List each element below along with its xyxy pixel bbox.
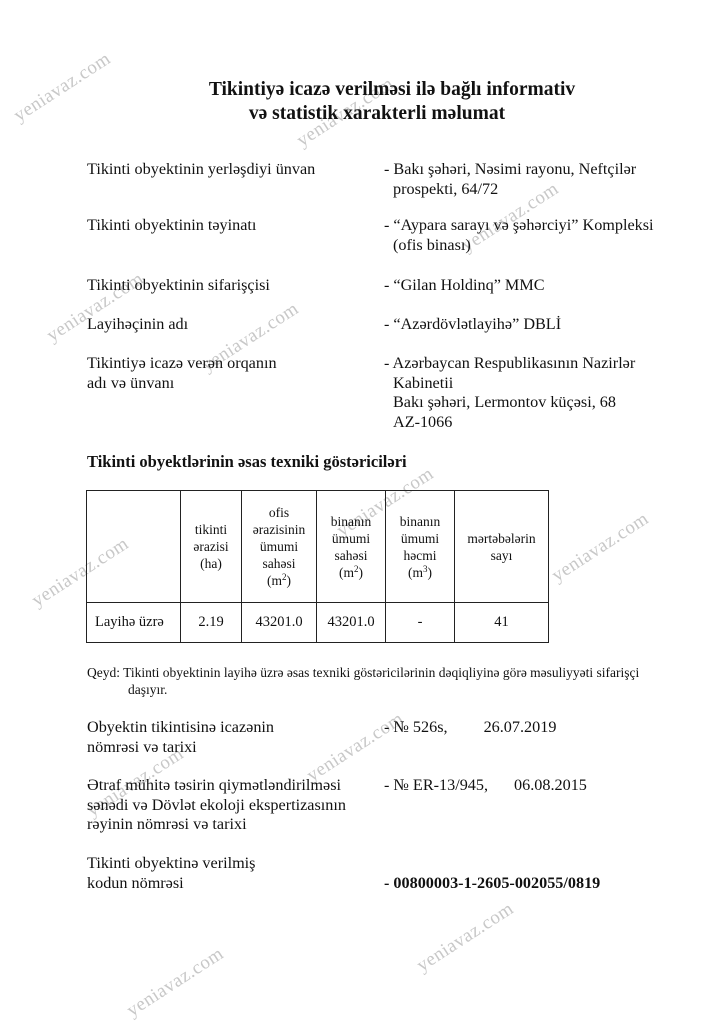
header-unit: (ha) [200, 556, 222, 571]
title-line-1: Tikintiyə icazə verilməsi ilə bağlı info… [0, 78, 724, 102]
note-prefix: Qeyd: [87, 665, 120, 680]
header-unit-sup: 3 [423, 564, 428, 574]
header-cell-building-volume: binanın ümumi həcmi (m3) [386, 491, 455, 603]
permit-date: 26.07.2019 [484, 718, 557, 736]
object-code-value: - 00800003-1-2605-002055/0819 [384, 874, 714, 894]
header-line: ofis [269, 505, 289, 520]
header-cell-floor-count: mərtəbələrin sayı [455, 491, 549, 603]
header-line: ümumi [260, 539, 298, 554]
info-label: Obyektin tikintisinə icazənin nömrəsi və… [87, 718, 367, 757]
label-line: Tikinti obyektinə verilmiş [87, 854, 255, 872]
info-value: - Bakı şəhəri, Nəsimi rayonu, Neftçilər … [384, 160, 714, 199]
watermark: yeniavaz.com [413, 898, 518, 977]
permit-number: - № 526s, [384, 718, 448, 736]
eco-date: 06.08.2015 [514, 776, 587, 794]
technical-indicators-table: tikinti ərazisi (ha) ofis ərazisinin ümu… [86, 490, 549, 643]
label-line: nömrəsi və tarixi [87, 738, 197, 756]
value-line: (ofis binası) [384, 236, 714, 256]
header-line: ümumi [332, 531, 370, 546]
info-value: - № 526s,26.07.2019 [384, 718, 714, 738]
value-line: - Azərbaycan Respublikasının Nazirlər [384, 354, 635, 372]
value-line: - “Azərdövlətlayihə” DBLİ [384, 315, 561, 333]
header-cell-building-area: binanın ümumi sahəsi (m2) [317, 491, 386, 603]
office-area-cell: 43201.0 [242, 603, 317, 643]
table-header-row: tikinti ərazisi (ha) ofis ərazisinin ümu… [87, 491, 549, 603]
info-label: Tikinti obyektinin sifarişçisi [87, 276, 367, 296]
title-line-2: və statistik xarakterli məlumat [0, 102, 724, 126]
watermark: yeniavaz.com [123, 943, 228, 1022]
row-label-cell: Layihə üzrə [87, 603, 181, 643]
info-label: Tikintiyə icazə verən orqanın adı və ünv… [87, 354, 367, 393]
header-line: sahəsi [335, 548, 368, 563]
info-label: Layihəçinin adı [87, 315, 367, 335]
building-volume-cell: - [386, 603, 455, 643]
label-line: adı və ünvanı [87, 374, 174, 392]
note: Qeyd: Tikinti obyektinin layihə üzrə əsa… [87, 664, 707, 698]
label-line: Tikinti obyektinin yerləşdiyi ünvan [87, 160, 315, 178]
value-line: AZ-1066 [384, 413, 714, 433]
building-area-cell: 43201.0 [317, 603, 386, 643]
info-value: - “Aypara sarayı və şəhərciyi” Kompleksi… [384, 216, 714, 255]
info-value: - Azərbaycan Respublikasının Nazirlər Ka… [384, 354, 714, 432]
label-line: Ətraf mühitə təsirin qiymətləndirilməsi [87, 776, 341, 794]
info-label: Tikinti obyektinin yerləşdiyi ünvan [87, 160, 367, 180]
label-line: rəyinin nömrəsi və tarixi [87, 815, 247, 833]
value-line: Bakı şəhəri, Lermontov küçəsi, 68 [384, 393, 714, 413]
value-line: - Bakı şəhəri, Nəsimi rayonu, Neftçilər [384, 160, 636, 178]
value-line: prospekti, 64/72 [384, 180, 714, 200]
header-unit: (m [408, 565, 423, 580]
header-line: sayı [491, 548, 513, 563]
header-unit-sup: 2 [282, 572, 287, 582]
label-line: Tikinti obyektinin sifarişçisi [87, 276, 270, 294]
label-line: kodun nömrəsi [87, 874, 184, 892]
header-line: tikinti [195, 522, 227, 537]
document-title: Tikintiyə icazə verilməsi ilə bağlı info… [0, 78, 724, 126]
header-cell-empty [87, 491, 181, 603]
table-row: Layihə üzrə 2.19 43201.0 43201.0 - 41 [87, 603, 549, 643]
floor-count-cell: 41 [455, 603, 549, 643]
header-line: binanın [331, 514, 372, 529]
note-text-continued: daşıyır. [87, 681, 707, 698]
header-line: ərazisi [193, 539, 228, 554]
header-line: ərazisinin [253, 522, 305, 537]
info-label: Tikinti obyektinin təyinatı [87, 216, 367, 236]
info-label: Tikinti obyektinə verilmiş kodun nömrəsi [87, 854, 367, 893]
header-line: həcmi [404, 548, 437, 563]
label-line: sənədi və Dövlət ekoloji ekspertizasının [87, 796, 346, 814]
header-cell-office-area: ofis ərazisinin ümumi sahəsi (m2) [242, 491, 317, 603]
info-label: Ətraf mühitə təsirin qiymətləndirilməsi … [87, 776, 387, 835]
info-value: - № ER-13/945,06.08.2015 [384, 776, 714, 796]
value-line: - “Aypara sarayı və şəhərciyi” Kompleksi [384, 216, 654, 234]
header-unit: (m [267, 573, 282, 588]
info-value: - “Gilan Holdinq” MMC [384, 276, 714, 296]
header-line: mərtəbələrin [467, 531, 535, 546]
header-line: sahəsi [263, 556, 296, 571]
value-line: - “Gilan Holdinq” MMC [384, 276, 545, 294]
watermark: yeniavaz.com [548, 508, 653, 587]
label-line: Obyektin tikintisinə icazənin [87, 718, 274, 736]
value-line: Kabinetii [384, 374, 714, 394]
note-text: Tikinti obyektinin layihə üzrə əsas texn… [123, 665, 639, 680]
label-line: Tikinti obyektinin təyinatı [87, 216, 256, 234]
header-cell-site-area: tikinti ərazisi (ha) [181, 491, 242, 603]
eco-number: - № ER-13/945, [384, 776, 488, 794]
section-heading: Tikinti obyektlərinin əsas texniki göstə… [87, 452, 407, 472]
header-unit: (m [339, 565, 354, 580]
site-area-cell: 2.19 [181, 603, 242, 643]
info-value: - “Azərdövlətlayihə” DBLİ [384, 315, 714, 335]
header-unit-sup: 2 [354, 564, 359, 574]
header-line: binanın [400, 514, 441, 529]
label-line: Tikintiyə icazə verən orqanın [87, 354, 277, 372]
label-line: Layihəçinin adı [87, 315, 188, 333]
header-line: ümumi [401, 531, 439, 546]
